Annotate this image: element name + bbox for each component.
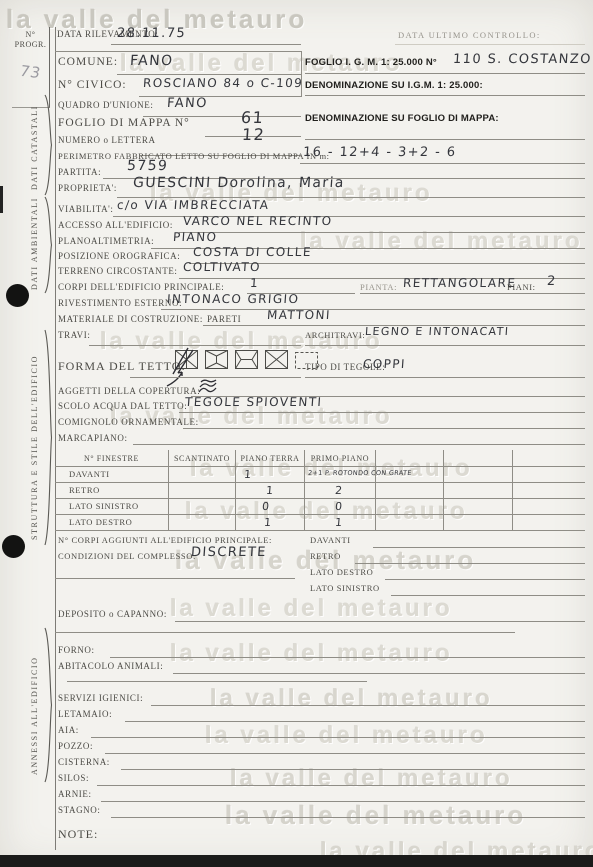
field-arnie-label: ARNIE: [58,790,92,799]
field-denominazione-igm-label: DENOMINAZIONE SU I.G.M. 1: 25.000: [305,81,483,91]
field-pianta-value: RETTANGOLARE [403,277,517,289]
rule-line [179,412,585,413]
field-foglio-igm-value: 110 S. COSTANZO [453,53,593,66]
field-partita-value: 5759 [127,159,169,173]
rule-line [175,621,585,622]
rule-line [55,578,295,579]
table-row-label: DAVANTI [55,467,168,483]
rule-line [395,44,585,45]
field-condizioni-label: CONDIZIONI DEL COMPLESSO: [58,552,196,561]
field-architravi-label: ARCHITRAVI: [305,331,365,340]
table-cell [443,515,512,531]
sidebar-section-struttura: STRUTTURA E STILE DELL'EDIFICIO [30,355,39,540]
sidebar-section-annessi: ANNESSI ALL'EDIFICIO [30,656,39,775]
table-header-primo-piano: PRIMO PIANO [304,450,375,467]
rule-line [111,817,585,818]
cell-value: 1 [334,516,343,529]
table-cell [168,499,235,515]
field-comune-label: COMUNE: [58,57,118,69]
field-silos-label: SILOS: [58,774,89,783]
field-materiale-value: MATTONI [267,309,332,321]
field-note-label: NOTE: [58,828,98,840]
table-cell: 1 [235,483,304,499]
form-body: DATA RILEVAMENTO: 28.11.75 DATA ULTIMO C… [55,0,585,860]
row-label-davanti: DAVANTI [69,469,110,479]
table-cell: 2 [304,483,375,499]
progr-value-handwritten: 73 [18,62,43,82]
table-cell [512,467,585,483]
rule-line [105,753,585,754]
rule-line [385,579,585,580]
sidebar-section-dati-ambientali: DATI AMBIENTALI [30,197,39,290]
field-piani-value: 2 [547,275,558,288]
field-denominazione-mappa-label: DENOMINAZIONE SU FOGLIO DI MAPPA: [305,114,499,124]
field-terreno-label: TERRENO CIRCOSTANTE: [58,267,178,276]
field-scolo-value: TEGOLE SPIOVENTI [185,396,323,408]
table-header-empty [443,450,512,467]
field-scolo-label: SCOLO ACQUA DAL TETTO: [58,402,187,411]
rule-line [305,73,585,74]
field-piani-label: PIANI: [507,283,536,292]
rule-line [179,232,585,233]
rule-line [133,444,585,445]
field-pianta-label: PIANTA: [360,283,397,292]
roof-hip-horizontal-ridge-icon [236,351,258,369]
table-row-label: RETRO [55,483,168,499]
rule-line [55,51,301,52]
field-numero-lettera-label: NUMERO o LETTERA [58,136,156,145]
field-numero-lettera-value: 12 [241,127,265,143]
cell-value: 2 [334,484,343,497]
cell-value: 0 [334,500,343,513]
row-label-lato-destro: LATO DESTRO [69,517,132,527]
rule-line [360,293,585,294]
scan-edge-mark [0,186,3,213]
field-corpi-value: 1 [250,277,260,289]
rule-line [125,721,585,722]
table-cell [375,467,443,483]
table-cell: 0 [235,499,304,515]
row-label-lato-sinistro: LATO SINISTRO [69,501,139,511]
table-cell: 2+1 P. ROTONDO CON GRATE [304,467,375,483]
section-brace-icon [44,330,52,545]
field-travi-label: TRAVI: [58,331,90,340]
field-tipo-tegole-value: COPPI [363,358,407,370]
table-row-label: LATO SINISTRO [55,499,168,515]
rule-line [110,657,585,658]
table-header-scantinato: SCANTINATO [168,450,235,467]
field-stagno-label: STAGNO: [58,806,100,815]
section-brace-icon [44,197,52,293]
field-viabilita-label: VIABILITA': [58,205,114,214]
field-quadro-unione-label: QUADRO D'UNIONE: [58,101,153,110]
field-letamaio-label: LETAMAIO: [58,710,112,719]
field-deposito-label: DEPOSITO o CAPANNO: [58,610,167,619]
table-cell [512,515,585,531]
field-foglio-igm-label: FOGLIO I. G. M. 1: 25.000 N° [305,58,437,68]
field-proprieta-label: PROPRIETA': [58,184,117,193]
field-abitacolo-label: ABITACOLO ANIMALI: [58,662,163,671]
field-corpi-label: CORPI DELL'EDIFICIO PRINCIPALE: [58,283,224,292]
rule-line [183,428,585,429]
table-cell [375,483,443,499]
field-forma-tetto-label: FORMA DEL TETTO: [58,360,186,372]
field-marcapiano-label: MARCAPIANO: [58,434,128,443]
rule-line [111,44,301,45]
field-data-ultimo-controllo-label: DATA ULTIMO CONTROLLO: [398,31,541,40]
field-comune-value: FANO [130,54,174,68]
table-cell: 1 [235,467,304,483]
rule-line [305,377,585,378]
windows-table: N° FINESTRE SCANTINATO PIANO TERRA PRIMO… [55,450,585,531]
field-condizioni-value: DISCRETE [191,546,268,559]
table-cell [443,499,512,515]
field-comignolo-label: COMIGNOLO ORNAMENTALE: [58,418,199,427]
field-quadro-unione-value: FANO [167,97,209,110]
rule-line [173,673,585,674]
progr-label: PROGR. [12,40,49,50]
field-perimetro-value: 16 - 12+4 - 3+2 - 6 [303,146,457,159]
section-brace-icon [44,628,52,782]
field-foglio-mappa-label: FOGLIO DI MAPPA N° [58,118,190,130]
progr-label: N° [12,30,49,40]
rule-line [121,769,585,770]
table-cell [443,483,512,499]
corpi-aggiunti-davanti-label: DAVANTI [310,536,351,545]
cell-value: 0 [261,500,270,513]
field-planoaltimetria-label: PLANOALTIMETRIA: [58,237,154,246]
cell-value: 1 [263,516,272,529]
rule-line [300,163,585,164]
punch-hole [6,284,29,307]
corpi-aggiunti-lato-sinistro-label: LATO SINISTRO [310,584,380,593]
field-data-rilevamento-value: 28.11.75 [117,27,187,40]
field-partita-label: PARTITA: [58,168,101,177]
rule-line [55,632,515,633]
table-cell [512,483,585,499]
field-terreno-value: COLTIVATO [183,261,262,273]
field-rivestimento-label: RIVESTIMENTO ESTERNO: [58,299,182,308]
corpi-aggiunti-retro-label: RETRO [310,552,341,561]
field-materiale-sublabel: PARETI [207,315,241,324]
field-accesso-label: ACCESSO ALL'EDIFICIO: [58,221,173,230]
rule-line [355,563,585,564]
roof-hip-vertical-ridge-icon [206,351,228,369]
field-materiale-label: MATERIALE DI COSTRUZIONE: [58,315,203,324]
corpi-aggiunti-lato-destro-label: LATO DESTRO [310,568,373,577]
field-rivestimento-value: INTONACO GRIGIO [167,293,300,305]
field-civico-label: N° CIVICO: [58,80,127,92]
rule-line [101,801,585,802]
table-cell [168,483,235,499]
table-cell: 1 [235,515,304,531]
rule-line [305,95,585,96]
table-cell [512,499,585,515]
field-corpi-aggiunti-label: N° CORPI AGGIUNTI ALL'EDIFICIO PRINCIPAL… [58,536,272,545]
field-planoaltimetria-value: PIANO [173,231,218,243]
table-cell [375,515,443,531]
field-viabilita-value: c/o VIA IMBRECCIATA [117,199,270,211]
field-aia-label: AIA: [58,726,79,735]
rule-line [91,737,585,738]
rule-line [139,96,301,97]
rule-line [161,309,585,310]
field-foglio-mappa-value: 61 [240,110,264,126]
table-header-finestre: N° FINESTRE [55,450,168,467]
table-header-empty [375,450,443,467]
rule-line [151,705,585,706]
punch-hole [2,535,25,558]
section-brace-icon [44,95,52,195]
handwritten-squiggle-icon [197,378,219,396]
scanned-survey-form: la valle del metauro la valle del metaur… [0,0,593,867]
cell-value: 1 [265,484,274,497]
sidebar-section-dati-catastali: DATI CATASTALI [30,105,39,190]
field-civico-value: ROSCIANO 84 o C-109 [143,77,304,89]
table-cell [168,515,235,531]
field-pozzo-label: POZZO: [58,742,93,751]
rule-line [305,345,585,346]
table-cell [168,467,235,483]
table-header-piano-terra: PIANO TERRA [235,450,304,467]
field-architravi-value: LEGNO E INTONACATI [365,326,510,337]
rule-line [67,681,367,682]
roof-shape-icons [175,346,325,378]
field-perimetro-label: PERIMETRO FABBRICATO LETTO SU FOGLIO DI … [58,152,330,161]
row-label-retro: RETRO [69,485,100,495]
field-servizi-label: SERVIZI IGIENICI: [58,694,143,703]
rule-line [301,51,302,97]
field-forno-label: FORNO: [58,646,95,655]
rule-line [97,785,585,786]
table-cell: 0 [304,499,375,515]
field-proprieta-value: GUESCINI Dorolina, Maria [133,176,346,190]
field-aggetti-label: AGGETTI DELLA COPERTURA: [58,387,200,396]
table-header-empty [512,450,585,467]
rule-line [391,595,585,596]
table-cell [375,499,443,515]
rule-line [305,139,585,140]
field-posizione-value: COSTA DI COLLE [193,246,313,258]
rule-line [179,278,585,279]
roof-pavilion-icon [266,351,288,369]
field-cisterna-label: CISTERNA: [58,758,110,767]
rule-line [373,547,585,548]
table-cell [443,467,512,483]
field-accesso-value: VARCO NEL RECINTO [183,215,333,227]
table-cell: 1 [304,515,375,531]
rule-line [117,74,301,75]
cell-value: 1 [243,468,252,481]
field-posizione-label: POSIZIONE OROGRAFICA: [58,252,180,261]
table-row-label: LATO DESTRO [55,515,168,531]
